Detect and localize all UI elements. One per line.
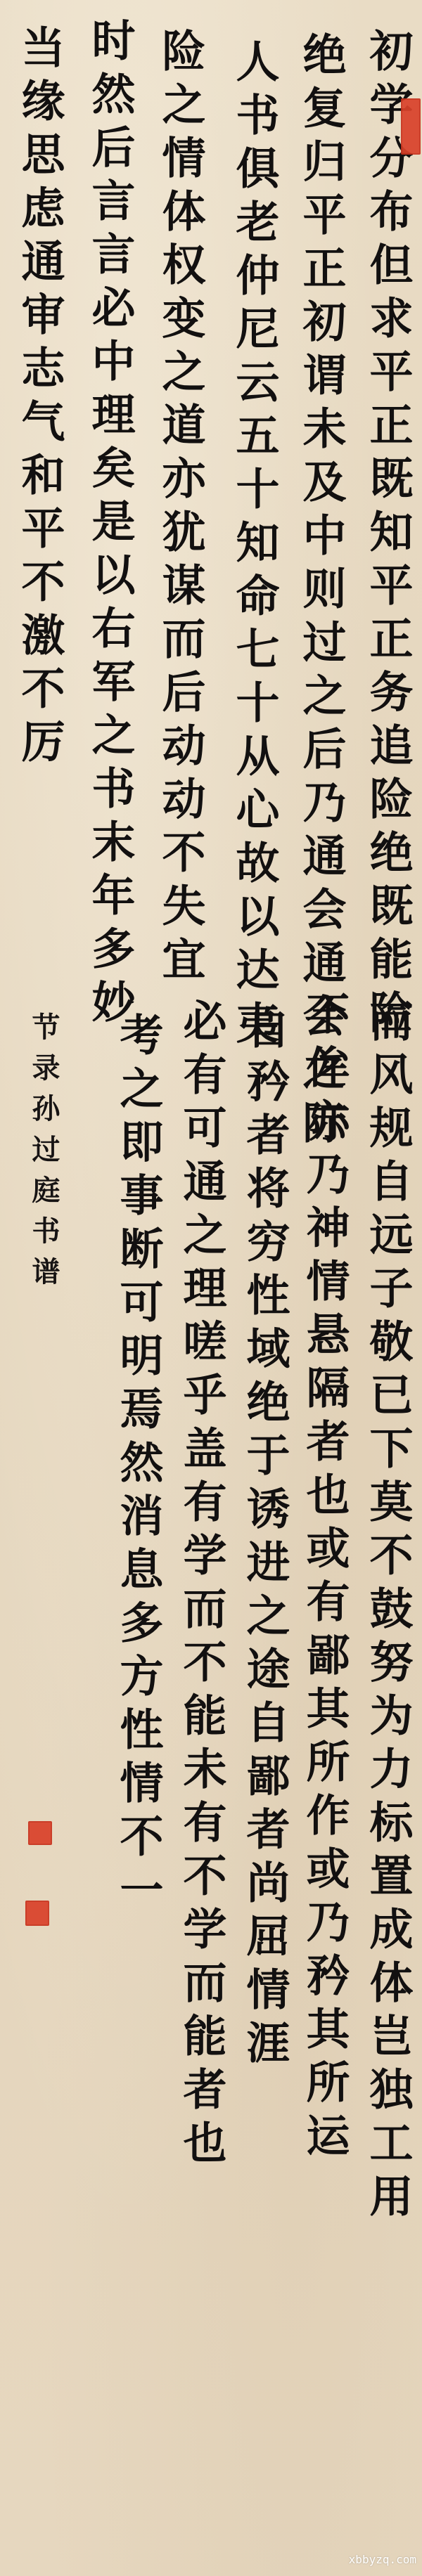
column-9: 自矜者将穷性域绝于诱进之途自鄙者尚屈情涯 <box>243 1005 286 2073</box>
column-4: 险之情体权变之道亦犹谋而后动动不失宜 <box>158 28 202 990</box>
column-3: 人书俱老仲尼云五十知命七十从心故以达夷 <box>232 39 276 1054</box>
column-2: 绝复归平正初谓未及中则过之后乃通会通会之际 <box>299 32 343 1153</box>
column-7: 而风规自远子敬已下莫不鼓努为力标置成体岂独工用 <box>366 998 409 2227</box>
watermark: xbbyzq.com <box>349 2553 416 2566</box>
seal-bottom <box>25 1901 49 1926</box>
calligraphy-scroll: 初学分布但求平正既知平正务追险绝既能险 绝复归平正初谓未及中则过之后乃通会通会之… <box>0 0 422 2576</box>
seal-top-right <box>401 98 421 155</box>
inscription-column: 节录孙过庭书谱 <box>30 1012 58 1297</box>
column-10: 必有可通之理嗟乎盖有学而不能未有不学而能者也 <box>179 998 223 2173</box>
column-5: 时然后言言必中理矣是以右军之书末年多妙 <box>88 18 132 1033</box>
seal-signature <box>28 1821 52 1845</box>
column-1: 初学分布但求平正既知平正务追险绝既能险 <box>366 28 409 1043</box>
column-11: 考之即事断可明焉然消息多方性情不一 <box>116 1012 160 1920</box>
column-6: 当缘思虑通审志气和平不激不厉 <box>18 25 61 772</box>
column-8: 不侔亦乃神情悬隔者也或有鄙其所作或乃矜其所运 <box>302 991 346 2166</box>
